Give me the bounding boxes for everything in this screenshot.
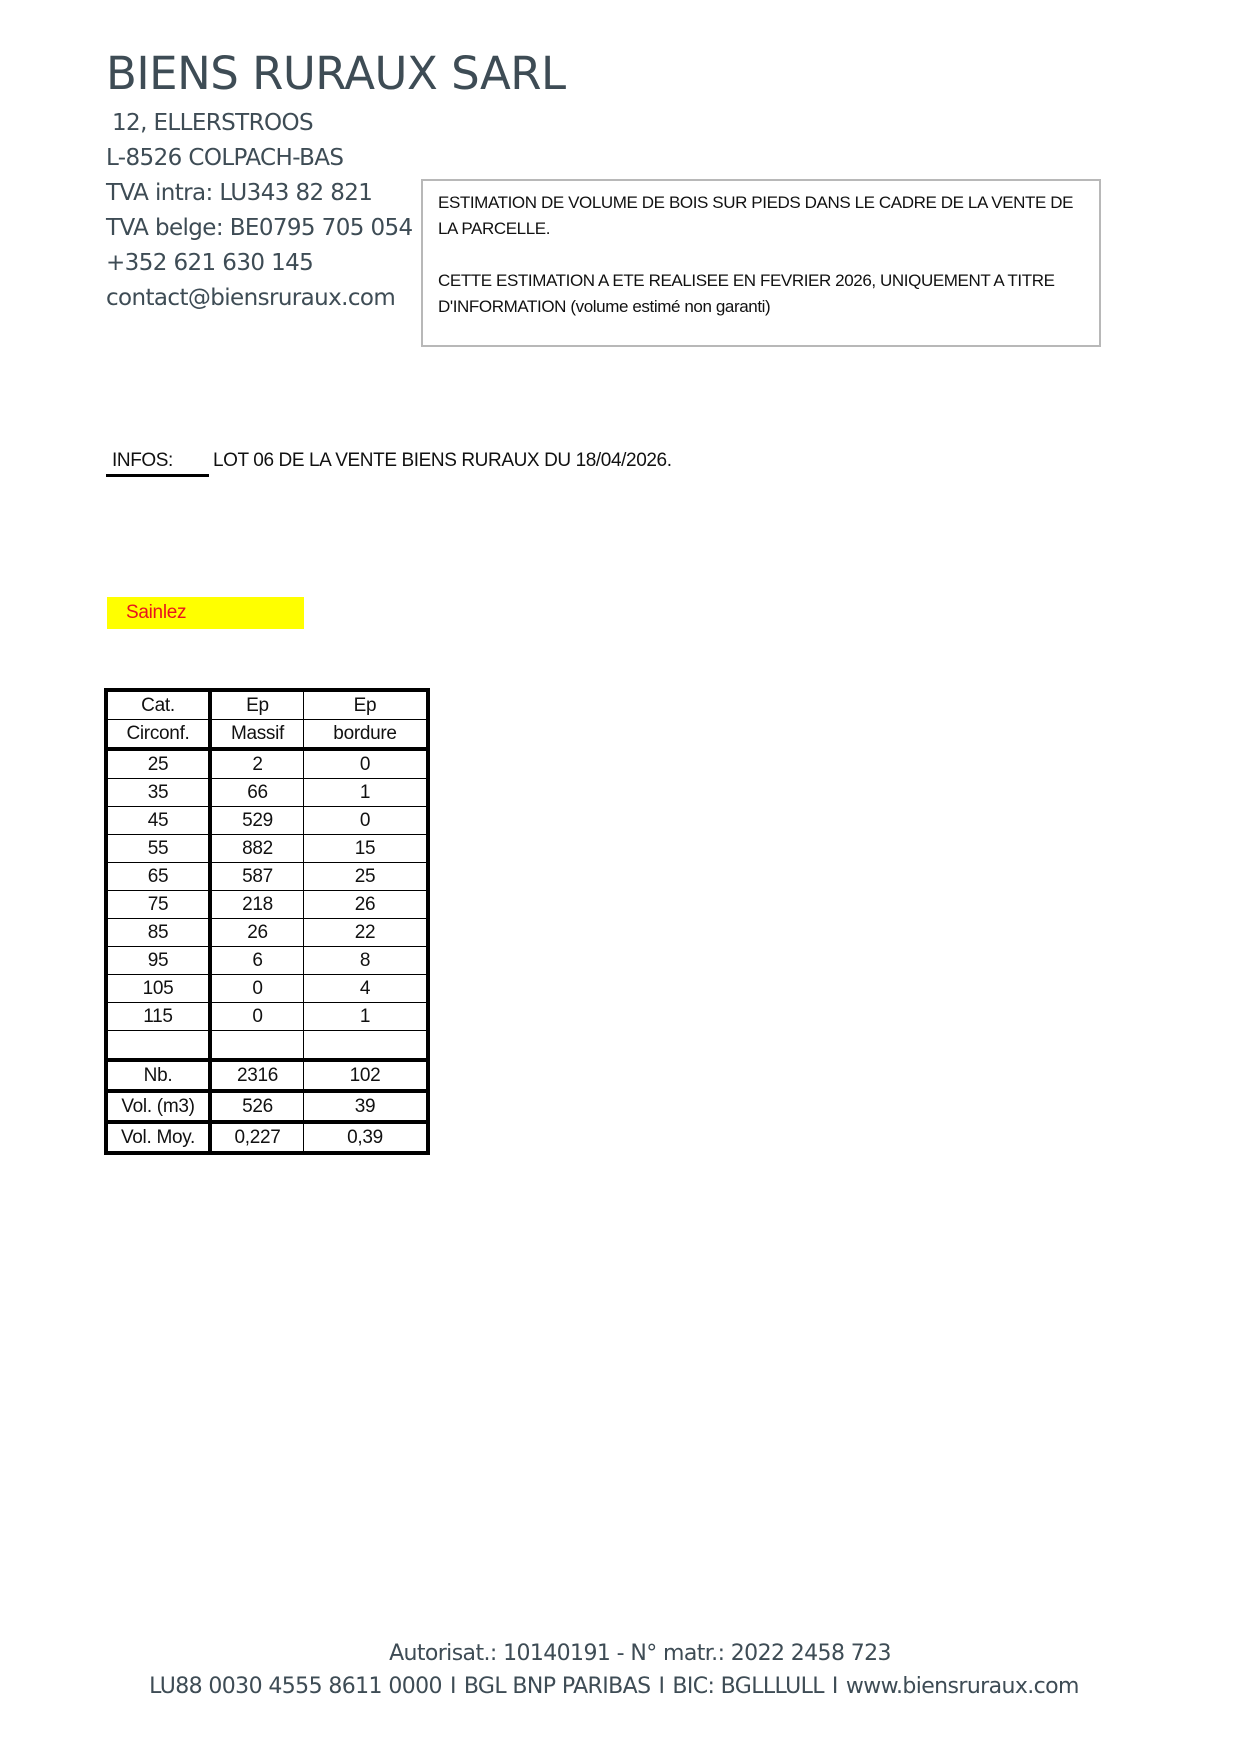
company-name: BIENS RURAUX SARL [106,46,566,102]
table-cell: 1 [304,1003,429,1031]
table-cell: 0,39 [304,1122,429,1153]
vat-lu: TVA intra: LU343 82 821 [106,176,413,211]
table-cell: 102 [304,1060,429,1091]
table-cell: 1 [304,779,429,807]
table-row: 7521826 [106,891,428,919]
table-cell: bordure [304,720,429,750]
table-cell: 85 [106,919,210,947]
table-cell: 529 [210,807,304,835]
table-cell: 0 [304,749,429,779]
table-cell: 25 [304,863,429,891]
table-cell [304,1031,429,1061]
table-summary-row: Vol. (m3)52639 [106,1091,428,1122]
table-cell: 15 [304,835,429,863]
table-cell: Vol. Moy. [106,1122,210,1153]
infos-line: INFOS:LOT 06 DE LA VENTE BIENS RURAUX DU… [106,450,672,480]
table-row: 455290 [106,807,428,835]
footer-bank: BGL BNP PARIBAS [464,1674,651,1699]
table-row: 10504 [106,975,428,1003]
table-cell: 218 [210,891,304,919]
table-cell: 25 [106,749,210,779]
table-cell: 4 [304,975,429,1003]
table-cell: 115 [106,1003,210,1031]
table-cell: 0 [210,975,304,1003]
footer-bank-details: LU88 0030 4555 8611 0000IBGL BNP PARIBAS… [0,1674,1234,1699]
table-cell: Cat. [106,690,210,720]
footer-separator: I [450,1674,456,1699]
table-cell: 66 [210,779,304,807]
table-cell [106,1031,210,1061]
table-cell: 55 [106,835,210,863]
table-row: 852622 [106,919,428,947]
table-cell: 0,227 [210,1122,304,1153]
table-cell: Vol. (m3) [106,1091,210,1122]
table-cell: 45 [106,807,210,835]
notice-paragraph-2: CETTE ESTIMATION A ETE REALISEE EN FEVRI… [438,268,1084,320]
table-cell: 39 [304,1091,429,1122]
table-row: 2520 [106,749,428,779]
table-row: 9568 [106,947,428,975]
table-cell: 26 [304,891,429,919]
table-cell: 587 [210,863,304,891]
table-cell: 2 [210,749,304,779]
table-cell: 75 [106,891,210,919]
table-summary-row: Vol. Moy.0,2270,39 [106,1122,428,1153]
table-summary-row: Nb.2316102 [106,1060,428,1091]
footer-iban: LU88 0030 4555 8611 0000 [149,1674,442,1699]
table-cell: 65 [106,863,210,891]
timber-stock-table: Cat.EpEpCirconf.Massifbordure25203566145… [104,688,430,1155]
table-cell: 882 [210,835,304,863]
table-header-row: Cat.EpEp [106,690,428,720]
table-cell: 6 [210,947,304,975]
address-street: 12, ELLERSTROOS [106,106,413,141]
footer-website[interactable]: www.biensruraux.com [846,1674,1079,1699]
table-row: 35661 [106,779,428,807]
table-row: 6558725 [106,863,428,891]
table-cell: 0 [304,807,429,835]
table-row: 5588215 [106,835,428,863]
table-cell: Nb. [106,1060,210,1091]
footer-bic: BIC: BGLLLULL [672,1674,824,1699]
table-cell [210,1031,304,1061]
table-cell: Ep [210,690,304,720]
table-header-row: Circonf.Massifbordure [106,720,428,750]
table-cell: Circonf. [106,720,210,750]
infos-value: LOT 06 DE LA VENTE BIENS RURAUX DU 18/04… [213,450,672,472]
company-address: 12, ELLERSTROOS L-8526 COLPACH-BAS TVA i… [106,106,413,316]
footer-separator: I [658,1674,664,1699]
phone-number: +352 621 630 145 [106,246,413,281]
table-cell: Ep [304,690,429,720]
table-cell: 35 [106,779,210,807]
email-address[interactable]: contact@biensruraux.com [106,281,413,316]
table-cell: 8 [304,947,429,975]
lot-name-badge: Sainlez [107,597,304,629]
footer-authorisation: Autorisat.: 10140191 - N° matr.: 2022 24… [20,1641,1240,1666]
table-cell: 105 [106,975,210,1003]
address-city: L-8526 COLPACH-BAS [106,141,413,176]
table-cell: 2316 [210,1060,304,1091]
notice-box: ESTIMATION DE VOLUME DE BOIS SUR PIEDS D… [421,179,1101,347]
notice-paragraph-1: ESTIMATION DE VOLUME DE BOIS SUR PIEDS D… [438,190,1084,242]
table-cell: Massif [210,720,304,750]
table-cell: 95 [106,947,210,975]
table-row: 11501 [106,1003,428,1031]
table-cell: 26 [210,919,304,947]
table-cell: 526 [210,1091,304,1122]
footer-separator: I [832,1674,838,1699]
infos-label: INFOS: [106,450,209,477]
table-row [106,1031,428,1061]
table-cell: 0 [210,1003,304,1031]
table-cell: 22 [304,919,429,947]
vat-be: TVA belge: BE0795 705 054 [106,211,413,246]
